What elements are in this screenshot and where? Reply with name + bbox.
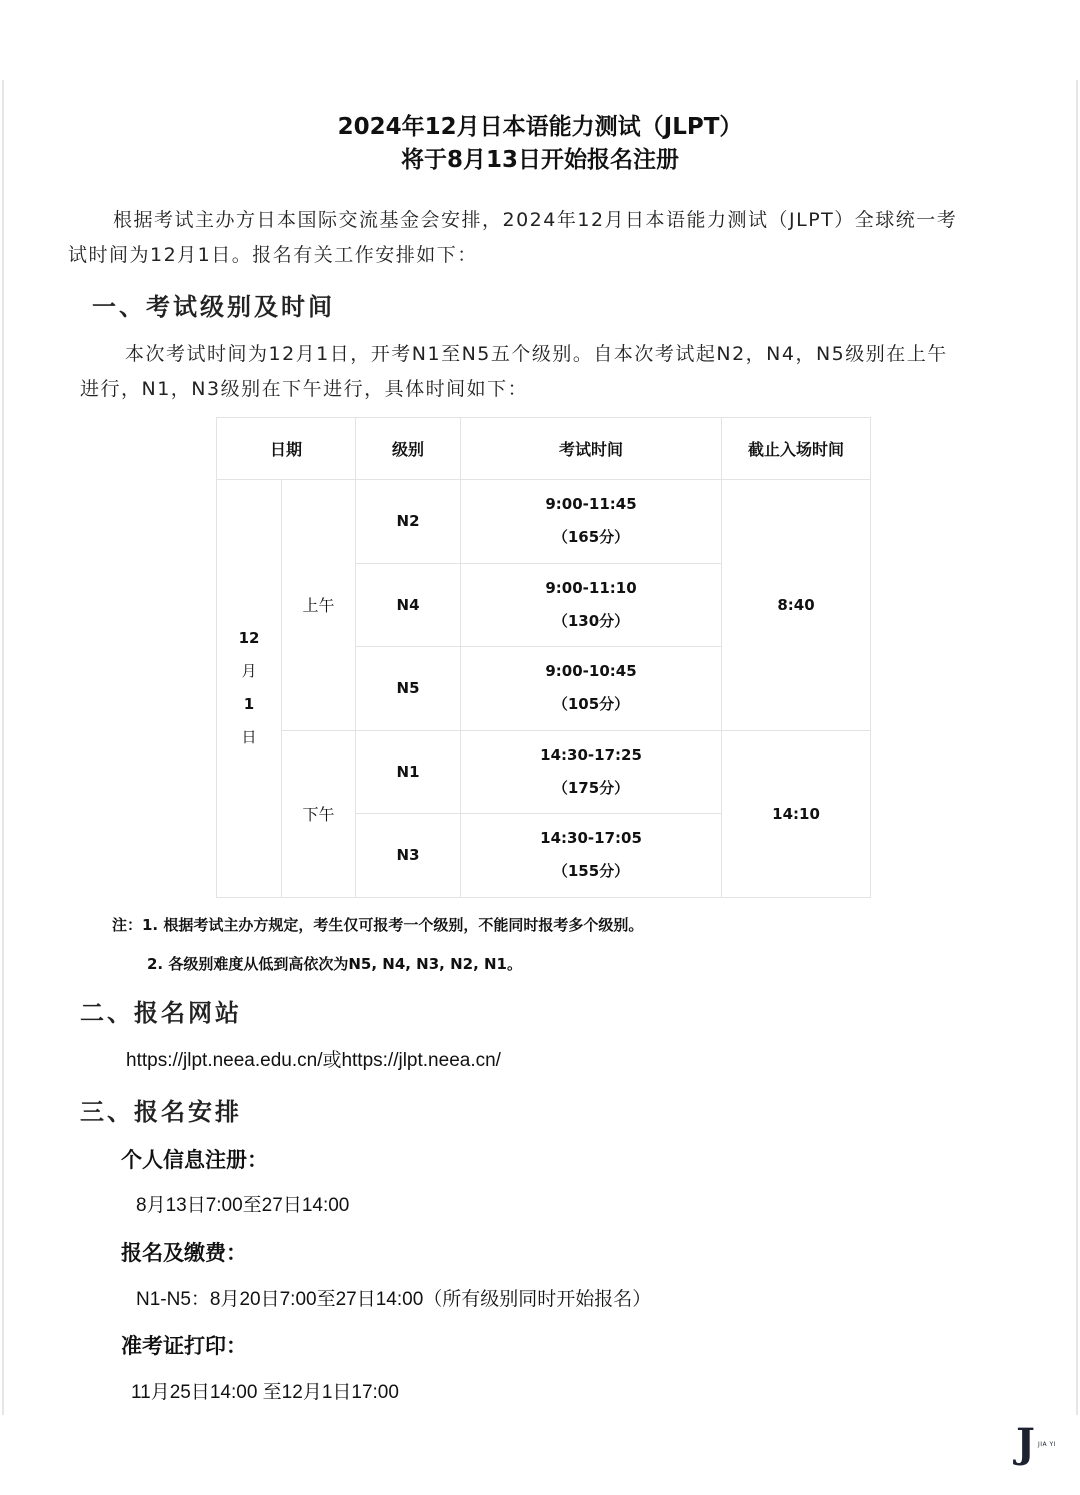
- exam-duration: （130分）: [461, 605, 721, 638]
- table-row: 12 月 1 日 上午 N2 9:00-11:45 （165分） 8:40: [217, 480, 871, 564]
- section1-paragraph-line1: 本次考试时间为12月1日，开考N1至N5五个级别。自本次考试起N2，N4，N5级…: [125, 339, 948, 366]
- exam-date-cell: 12 月 1 日: [217, 480, 282, 898]
- exam-duration: （175分）: [461, 772, 721, 805]
- date-day-num: 1: [217, 688, 281, 721]
- document-title: 2024年12月日本语能力测试（JLPT）: [0, 108, 1080, 141]
- date-day-char: 日: [217, 721, 281, 754]
- exam-time-range: 14:30-17:25: [461, 739, 721, 772]
- period-afternoon: 下午: [282, 730, 356, 897]
- exam-time-range: 9:00-10:45: [461, 655, 721, 688]
- exam-duration: （105分）: [461, 688, 721, 721]
- exam-time-range: 9:00-11:45: [461, 488, 721, 521]
- header-level: 级别: [356, 418, 461, 480]
- personal-info-registration-period: 8月13日7:00至27日14:00: [136, 1190, 349, 1217]
- application-payment-label: 报名及缴费：: [121, 1237, 247, 1267]
- section1-heading: 一、考试级别及时间: [92, 287, 335, 322]
- level-cell: N5: [356, 647, 461, 731]
- exam-time-cell: 9:00-11:45 （165分）: [461, 480, 722, 564]
- exam-time-cell: 14:30-17:25 （175分）: [461, 730, 722, 814]
- level-cell: N4: [356, 563, 461, 647]
- deadline-afternoon: 14:10: [722, 730, 871, 897]
- personal-info-registration-label: 个人信息注册：: [121, 1144, 268, 1174]
- exam-time-range: 14:30-17:05: [461, 822, 721, 855]
- intro-paragraph-line1: 根据考试主办方日本国际交流基金会安排，2024年12月日本语能力测试（JLPT）…: [113, 205, 957, 232]
- admission-ticket-print-period: 11月25日14:00 至12月1日17:00: [131, 1377, 399, 1404]
- logo-j-icon: J: [1016, 1424, 1035, 1464]
- exam-duration: （165分）: [461, 521, 721, 554]
- table-header-row: 日期 级别 考试时间 截止入场时间: [217, 418, 871, 480]
- section2-heading: 二、报名网站: [80, 993, 242, 1028]
- jiayi-logo: J JIA YI: [1016, 1424, 1066, 1468]
- date-month-char: 月: [217, 655, 281, 688]
- period-morning: 上午: [282, 480, 356, 731]
- section3-heading: 三、报名安排: [80, 1092, 242, 1127]
- exam-time-cell: 14:30-17:05 （155分）: [461, 814, 722, 898]
- table-row: 下午 N1 14:30-17:25 （175分） 14:10: [217, 730, 871, 814]
- intro-paragraph-line2: 试时间为12月1日。报名有关工作安排如下：: [68, 240, 478, 267]
- header-date: 日期: [217, 418, 356, 480]
- document-subtitle: 将于8月13日开始报名注册: [0, 141, 1080, 174]
- section1-paragraph-line2: 进行，N1，N3级别在下午进行，具体时间如下：: [80, 374, 528, 401]
- deadline-morning: 8:40: [722, 480, 871, 731]
- exam-time-cell: 9:00-10:45 （105分）: [461, 647, 722, 731]
- header-entry-deadline: 截止入场时间: [722, 418, 871, 480]
- level-cell: N2: [356, 480, 461, 564]
- note-2: 2. 各级别难度从低到高依次为N5, N4, N3, N2, N1。: [147, 953, 522, 974]
- registration-websites: https://jlpt.neea.edu.cn/或https://jlpt.n…: [126, 1045, 501, 1072]
- exam-time-cell: 9:00-11:10 （130分）: [461, 563, 722, 647]
- date-month-num: 12: [217, 622, 281, 655]
- exam-time-range: 9:00-11:10: [461, 572, 721, 605]
- admission-ticket-print-label: 准考证打印：: [121, 1330, 247, 1360]
- level-cell: N3: [356, 814, 461, 898]
- application-payment-period: N1-N5：8月20日7:00至27日14:00（所有级别同时开始报名）: [136, 1284, 651, 1311]
- level-cell: N1: [356, 730, 461, 814]
- logo-text: JIA YI: [1038, 1441, 1056, 1448]
- exam-duration: （155分）: [461, 855, 721, 888]
- header-exam-time: 考试时间: [461, 418, 722, 480]
- exam-schedule-table: 日期 级别 考试时间 截止入场时间 12 月 1 日 上午 N2 9:00-11…: [216, 417, 871, 898]
- note-1: 注：1. 根据考试主办方规定，考生仅可报考一个级别，不能同时报考多个级别。: [112, 914, 643, 935]
